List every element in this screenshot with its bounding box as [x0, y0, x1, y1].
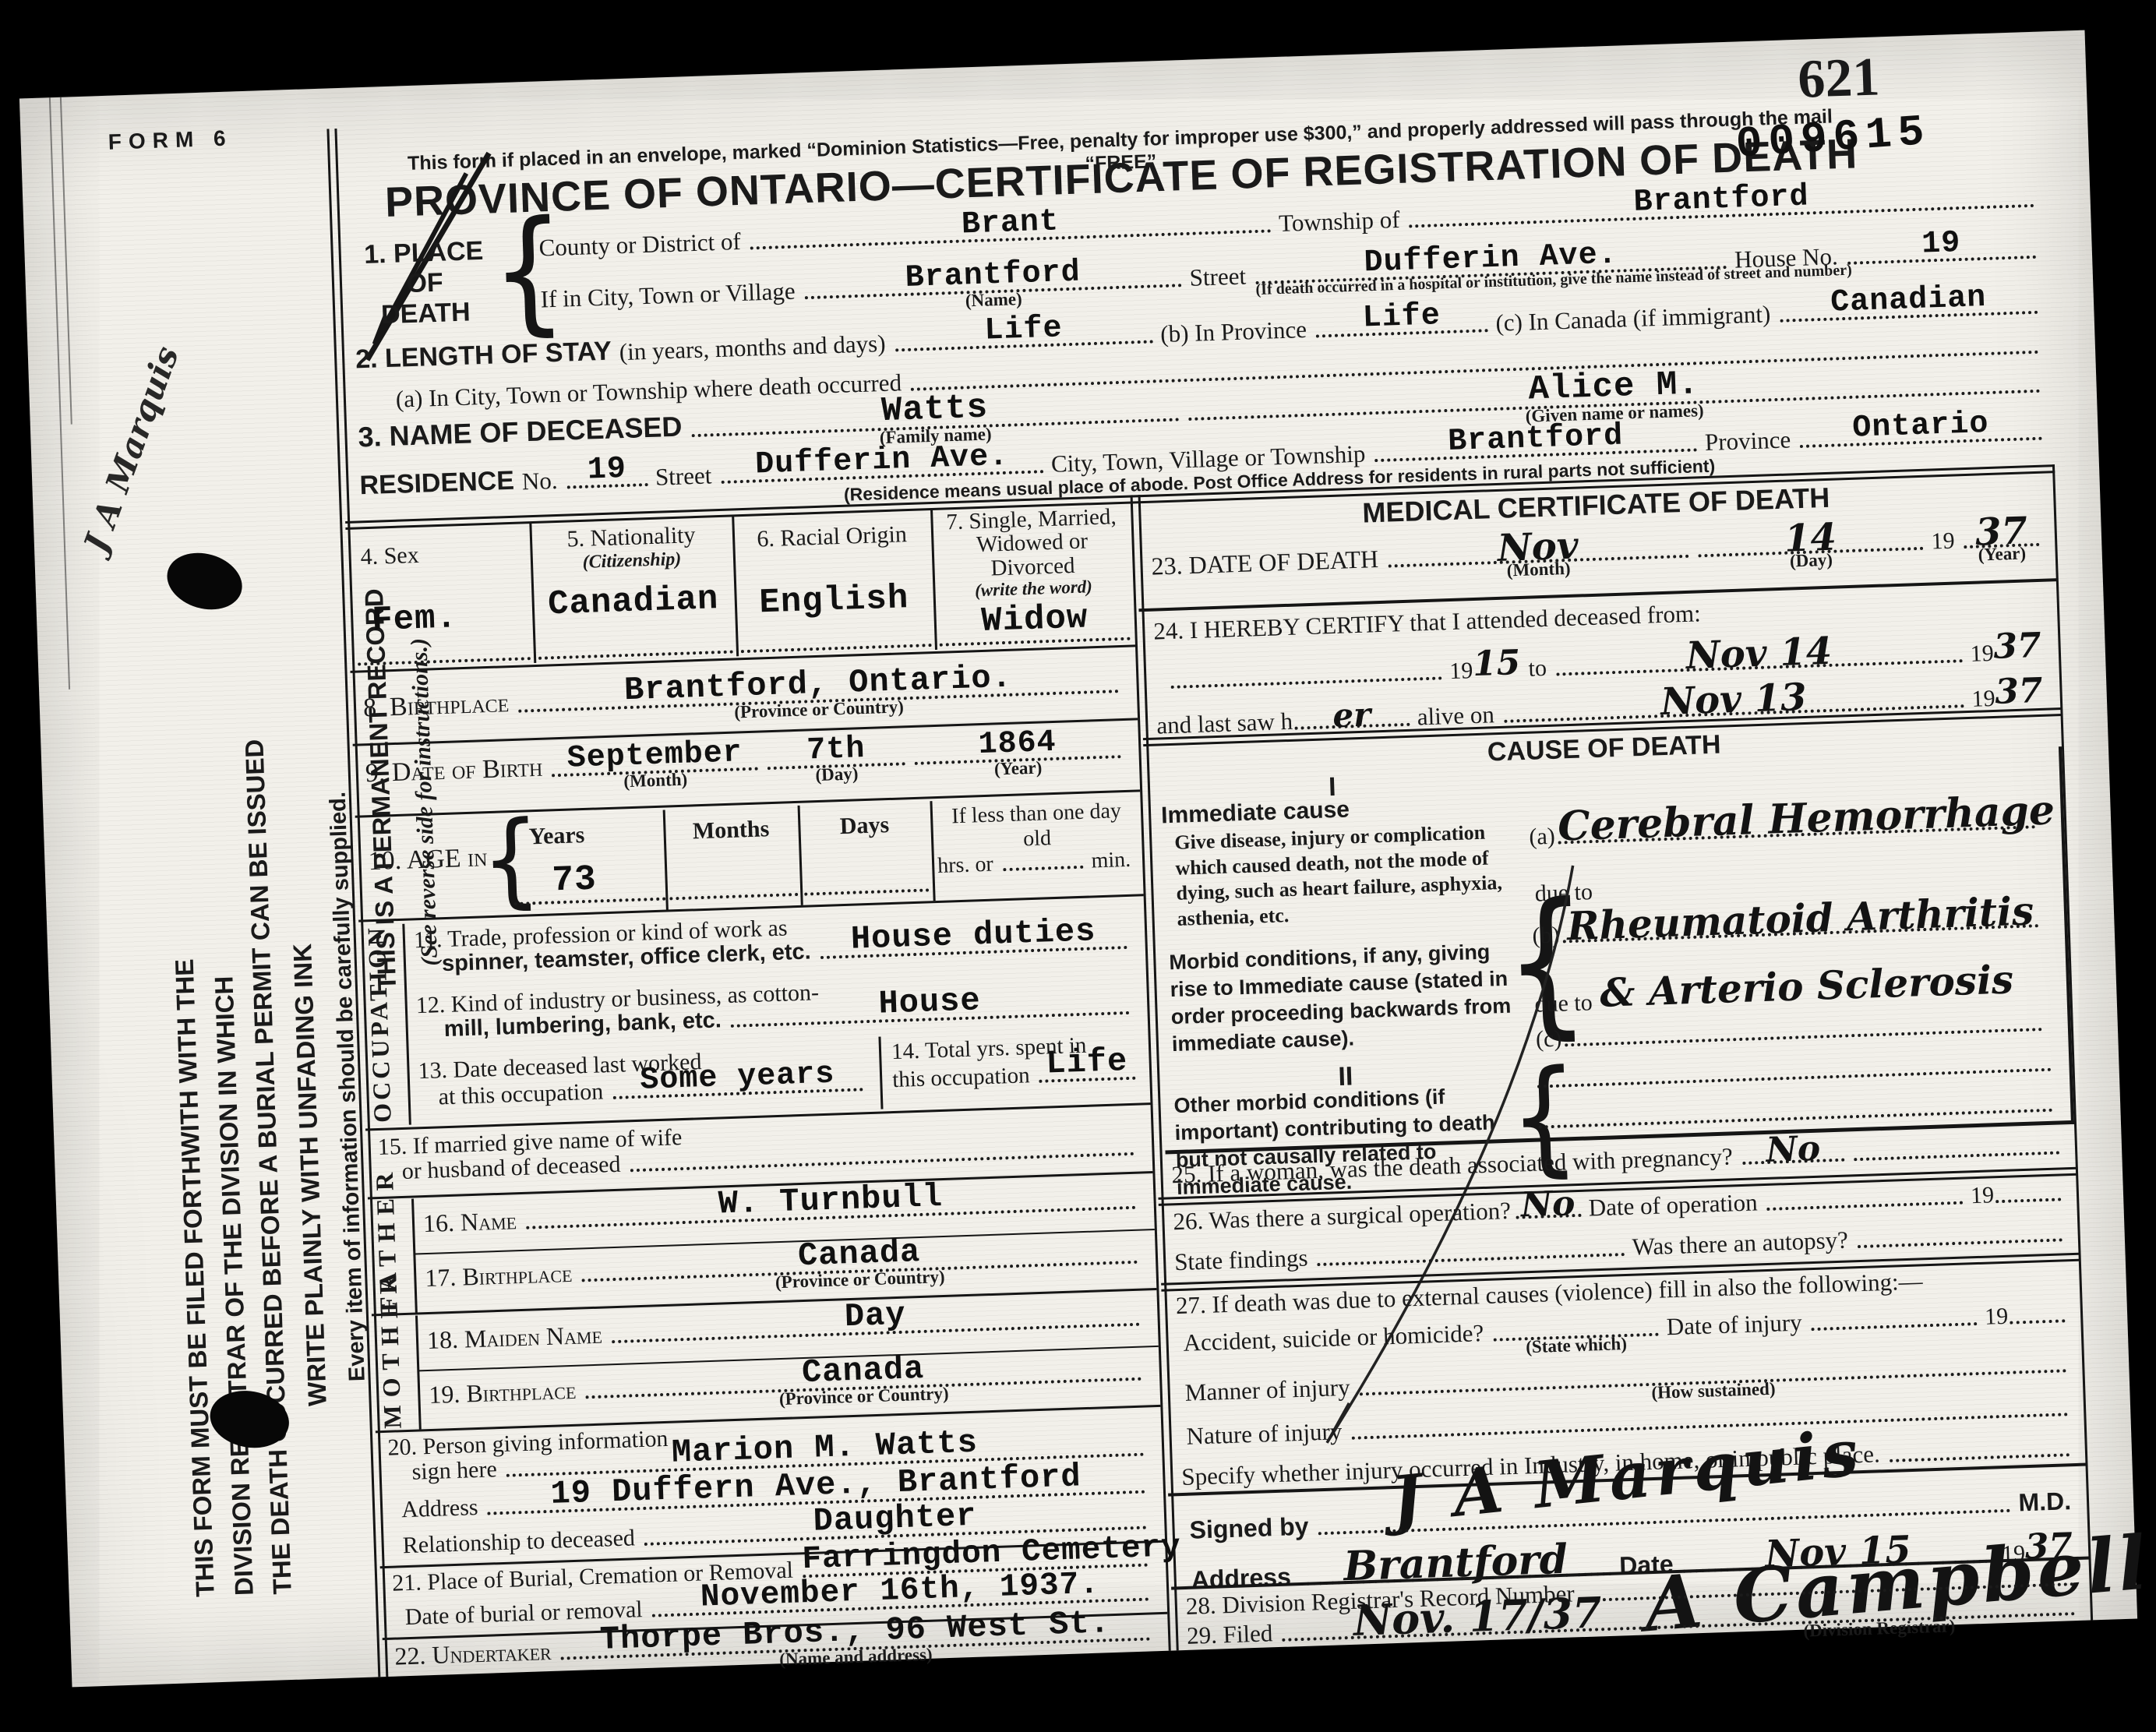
injury-year-prefix: 19	[1985, 1303, 2009, 1331]
city-field: Brantford (Name)	[805, 279, 1182, 299]
death-month-field: Nov (Month)	[1388, 550, 1688, 568]
filed-label: 29. Filed	[1187, 1619, 1273, 1650]
section1-label-line1: 1. PLACE	[361, 236, 486, 270]
certify-from-field	[1171, 672, 1442, 689]
trade-value: House duties	[819, 912, 1127, 959]
mother-maiden-value: Day	[611, 1289, 1140, 1343]
residence-street-label: Street	[655, 461, 711, 491]
manner-field: (How sustained)	[1360, 1364, 2067, 1395]
death-day-field: 14 (Day)	[1698, 542, 1924, 558]
pregnancy-field: No	[1742, 1154, 1845, 1165]
mother-birthplace-field: Canada (Province or Country)	[585, 1373, 1142, 1399]
dob-day-field: 7th (Day)	[767, 757, 905, 770]
alive-year-prefix: 19	[1971, 686, 1995, 713]
birthplace-label: 8. Birthplace	[362, 689, 509, 723]
margin-vertical-text: THIS FORM MUST BE FILED FORTHWITH WITH T…	[139, 151, 474, 1644]
house-no-field: 19	[1847, 251, 2036, 265]
pregnancy-field-2	[1854, 1146, 2059, 1161]
father-name-field: W. Turnbull	[526, 1201, 1136, 1229]
divider-13-14	[878, 1037, 883, 1109]
father-name-value: W. Turnbull	[525, 1172, 1136, 1229]
residence-no-label: No.	[521, 467, 558, 496]
injury-date-label: Date of injury	[1666, 1309, 1802, 1342]
stay-province-field: Life	[1316, 324, 1488, 337]
date-of-death-label: 23. DATE OF DEATH	[1151, 545, 1379, 581]
nature-label: Nature of injury	[1186, 1417, 1343, 1451]
mother-group-label: MOTHER	[375, 1318, 408, 1429]
certify-to-label: to	[1528, 655, 1547, 683]
age-label: 10. AGE in	[368, 843, 488, 877]
total-years-value: Life	[1038, 1042, 1135, 1083]
scanned-death-certificate: FORM 6 J A Marquis THIS FORM MUST BE FIL…	[0, 0, 2156, 1732]
marital-label-line2: Widowed or Divorced	[934, 528, 1131, 582]
section1-label-line2: OF	[362, 266, 487, 301]
autopsy-field	[1858, 1233, 2062, 1248]
city-label: If in City, Town or Village	[540, 277, 796, 314]
certify-to-year-prefix: 19	[1970, 640, 1994, 668]
registrar-caption: (Division Registrar)	[1683, 1612, 2075, 1646]
informant-address-label: Address	[401, 1494, 478, 1523]
operation-answer-field: No	[1516, 1209, 1581, 1219]
mother-maiden-field: Day	[612, 1318, 1140, 1343]
township-label: Township of	[1279, 206, 1401, 238]
mother-maiden-label: 18. Maiden Name	[426, 1321, 602, 1355]
stay-city-field: Life	[895, 335, 1152, 351]
marital-value: Widow	[937, 598, 1133, 643]
injury-date-field	[1812, 1318, 1978, 1331]
father-birthplace-label: 17. Birthplace	[425, 1259, 573, 1293]
dob-day-caption: (Day)	[767, 762, 905, 787]
section1-label-line3: DEATH	[363, 297, 489, 331]
trade-field: House duties	[820, 941, 1127, 959]
family-name-field: Watts (Family name)	[692, 413, 1179, 437]
mother-birthplace-label: 19. Birthplace	[429, 1376, 577, 1409]
sex-value: Fem.	[372, 598, 458, 640]
stay-canada-field: Canadian	[1780, 306, 2038, 323]
section1-brace: {	[489, 203, 568, 340]
residence-province-label: Province	[1704, 425, 1791, 457]
age-days-header: Days	[798, 810, 931, 841]
residence-label: RESIDENCE	[359, 466, 515, 502]
manner-label: Manner of injury	[1184, 1374, 1350, 1407]
street-label: Street	[1189, 262, 1246, 291]
house-no-value: 19	[1847, 224, 2037, 265]
stay-canada-value: Canadian	[1779, 279, 2038, 323]
specify-field	[1890, 1448, 2070, 1462]
form-number-label: FORM 6	[108, 125, 233, 154]
certify-to-year-value: 37	[1993, 626, 2042, 667]
filed-field: Nov. 17/37	[1282, 1621, 1674, 1642]
age-divider-3	[930, 801, 935, 901]
nationality-value: Canadian	[531, 579, 736, 625]
county-label: County or District of	[538, 228, 741, 263]
undertaker-label: 22. Undertaker	[394, 1637, 552, 1671]
operation-year-field	[1995, 1193, 2061, 1203]
dob-year-field: 1864 (Year)	[915, 750, 1121, 765]
accident-caption: (State which)	[1493, 1333, 1660, 1359]
sex-label: 4. Sex	[360, 542, 419, 570]
age-less-label: If less than one day old	[936, 798, 1138, 855]
racial-origin-value: English	[734, 578, 934, 623]
father-name-label: 16. Name	[422, 1206, 517, 1238]
racial-origin-cell: 6. Racial Origin English	[732, 520, 934, 623]
operation-date-label: Date of operation	[1588, 1188, 1758, 1222]
injury-year-field	[2010, 1314, 2065, 1324]
dob-label: 9. Date of Birth	[365, 753, 543, 789]
age-min-field	[1003, 861, 1084, 871]
last-worked-field: Some years	[612, 1083, 863, 1099]
total-years-field: Life	[1039, 1072, 1136, 1083]
last-saw-pronoun-field: er	[1294, 718, 1410, 730]
age-hrs-label: hrs. or	[937, 852, 994, 879]
accident-field: (State which)	[1493, 1328, 1659, 1342]
findings-label: State findings	[1174, 1244, 1308, 1277]
last-worked-label-line2: at this occupation	[438, 1078, 604, 1110]
death-year-prefix: 19	[1931, 528, 1955, 556]
autopsy-label: Was there an autopsy?	[1632, 1226, 1848, 1261]
certificate-paper: FORM 6 J A Marquis THIS FORM MUST BE FIL…	[19, 30, 2137, 1688]
section2-sublabel: (in years, months and days)	[619, 330, 886, 366]
dob-month-field: September (Month)	[552, 763, 758, 778]
age-years-value: 73	[552, 859, 598, 901]
marital-cell: 7. Single, Married, Widowed or Divorced …	[933, 505, 1132, 644]
stay-city-value: Life	[894, 308, 1152, 351]
signed-by-label: Signed by	[1189, 1512, 1309, 1545]
county-field: Brant	[750, 224, 1272, 249]
age-months-header: Months	[663, 815, 799, 846]
operation-answer: No	[1515, 1183, 1582, 1226]
father-birthplace-field: Canada (Province or Country)	[581, 1256, 1138, 1282]
spouse-field	[630, 1148, 1134, 1172]
residence-province-field: Ontario	[1800, 432, 2042, 448]
alive-year-value: 37	[1994, 671, 2043, 712]
section1-label: 1. PLACE OF DEATH	[361, 236, 489, 332]
residence-no-value: 19	[566, 451, 648, 489]
stay-canada-label: (c) In Canada (if immigrant)	[1495, 300, 1771, 337]
nationality-cell: 5. Nationality (Citizenship) Canadian	[530, 521, 736, 626]
residence-province-value: Ontario	[1799, 405, 2042, 448]
street-field: Dufferin Ave. (If death occurred in a ho…	[1255, 261, 1727, 284]
cause-a-tag: (a)	[1529, 824, 1555, 851]
age-years-header: Years	[528, 822, 585, 850]
industry-field: House	[731, 1007, 1130, 1028]
last-worked-value: Some years	[612, 1056, 863, 1099]
township-field: Brantford	[1409, 199, 2034, 228]
paper-fold-line	[49, 97, 70, 690]
pregnancy-value: No	[1741, 1128, 1845, 1171]
death-year-caption: (Year)	[1964, 543, 2040, 566]
stay-province-label: (b) In Province	[1160, 316, 1307, 348]
age-months-line	[669, 893, 798, 900]
total-years-label-line2: this occupation	[892, 1063, 1030, 1093]
operation-year-prefix: 19	[1971, 1182, 1995, 1209]
certify-from-value: 15	[1472, 643, 1521, 684]
residence-no-field: 19	[567, 478, 648, 489]
age-min-label: min.	[1091, 848, 1131, 874]
certify-from-prefix: 19	[1449, 658, 1473, 685]
informant-label-line2: sign here	[411, 1456, 497, 1486]
death-year-field: 37 (Year)	[1964, 538, 2040, 549]
racial-origin-label: 6. Racial Origin	[732, 520, 932, 553]
birthplace-field: Brantford, Ontario. (Province or Country…	[518, 685, 1119, 713]
md-label: M.D.	[2018, 1487, 2072, 1517]
registrar-field: (Division Registrar)	[1683, 1607, 2075, 1628]
undertaker-field: Thorpe Bros., 96 West St. (Name and addr…	[561, 1632, 1151, 1660]
age-days-line	[804, 888, 929, 895]
stay-province-value: Life	[1315, 297, 1488, 337]
operation-date-field	[1767, 1197, 1964, 1211]
page-number: 621	[1797, 46, 1881, 111]
paper-fold-line-2	[60, 97, 72, 425]
